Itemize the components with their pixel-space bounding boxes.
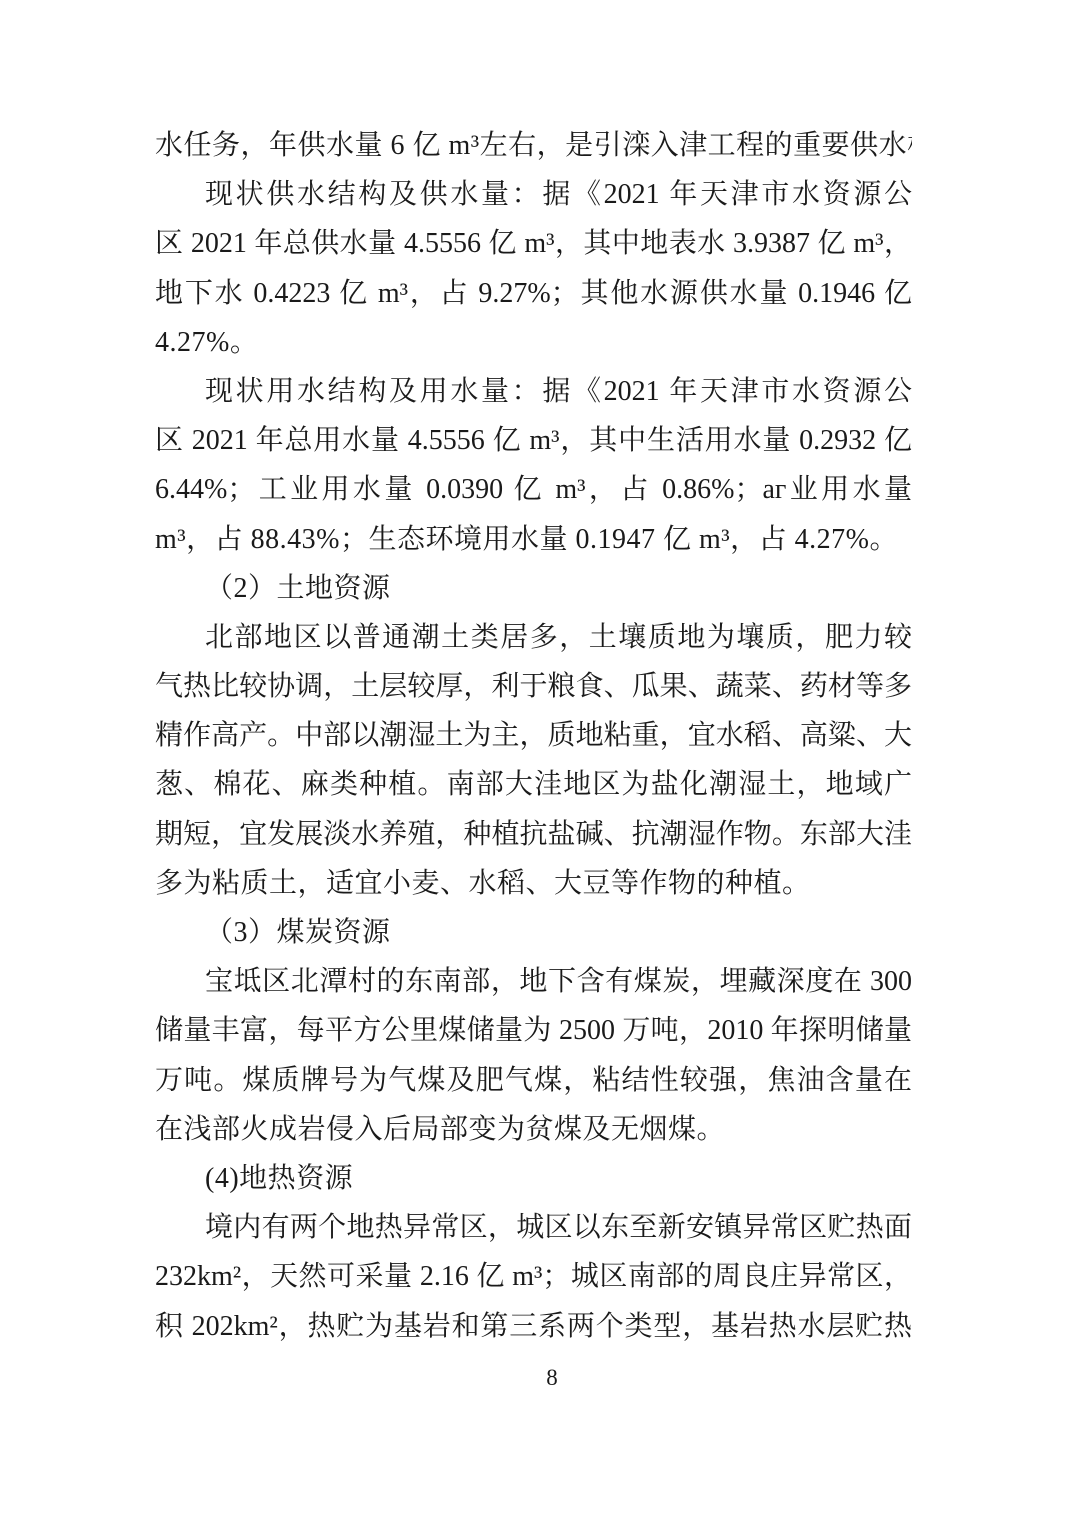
text-line: 多为粘质土，适宜小麦、水稻、大豆等作物的种植。 <box>155 859 912 908</box>
text-line: 区 2021 年总用水量 4.5556 亿 m³，其中生活用水量 0.2932 … <box>155 416 912 465</box>
text-line: 地下水 0.4223 亿 m³，占 9.27%；其他水源供水量 0.1946 亿… <box>155 269 912 318</box>
text-line: 区 2021 年总供水量 4.5556 亿 m³，其中地表水 3.9387 亿 … <box>155 219 912 268</box>
page-footer: 8 <box>0 1363 1074 1393</box>
text-line: 北部地区以普通潮土类居多，土壤质地为壤质，肥力较高，水肥 <box>155 613 912 662</box>
text-line: m³，占 88.43%；生态环境用水量 0.1947 亿 m³，占 4.27%。 <box>155 515 912 564</box>
text-line: 境内有两个地热异常区，城区以东至新安镇异常区贮热面积 <box>155 1203 912 1252</box>
text-line: 万吨。煤质牌号为气煤及肥气煤，粘结性较强，焦油含量在 10%以上， <box>155 1056 912 1105</box>
text-line: 气热比较协调，土层较厚，利于粮食、瓜果、蔬菜、药材等多种作物 <box>155 662 912 711</box>
text-line: 宝坻区北潭村的东南部，地下含有煤炭，埋藏深度在 300～500m， <box>155 957 912 1006</box>
document-page: 水任务，年供水量 6 亿 m³左右，是引滦入津工程的重要供水枢纽。 现状供水结构… <box>0 0 1074 1520</box>
text-line: 4.27%。 <box>155 318 912 367</box>
text-line: 葱、棉花、麻类种植。南部大洼地区为盐化潮湿土，地域广阔，宜耕 <box>155 760 912 809</box>
text-line: 6.44%；工业用水量 0.0390 亿 m³，占 0.86%；аг业用水量 4… <box>155 465 912 514</box>
text-line: 储量丰富，每平方公里煤储量为 2500 万吨，2010 年探明储量为 30606 <box>155 1006 912 1055</box>
text-line: 232km²，天然可采量 2.16 亿 m³；城区南部的周良庄异常区，贮热面 <box>155 1252 912 1301</box>
text-line: 精作高产。中部以潮湿土为主，质地粘重，宜水稻、高粱、大豆、大 <box>155 711 912 760</box>
text-line: 期短，宜发展淡水养殖，种植抗盐碱、抗潮湿作物。东部大洼地区， <box>155 810 912 859</box>
text-line: 水任务，年供水量 6 亿 m³左右，是引滦入津工程的重要供水枢纽。 <box>155 121 912 170</box>
heading-coal-resources: （3）煤炭资源 <box>155 908 912 957</box>
heading-land-resources: （2）土地资源 <box>155 564 912 613</box>
text-line: 现状供水结构及供水量：据《2021 年天津市水资源公报》，宝坻 <box>155 170 912 219</box>
text-line: 积 202km²，热贮为基岩和第三系两个类型，基岩热水层贮热水 18.8 <box>155 1302 912 1351</box>
heading-geothermal-resources: (4)地热资源 <box>155 1154 912 1203</box>
page-number: 8 <box>546 1363 558 1393</box>
text-line: 现状用水结构及用水量：据《2021 年天津市水资源公报》，宝坻 <box>155 367 912 416</box>
text-line: 在浅部火成岩侵入后局部变为贫煤及无烟煤。 <box>155 1105 912 1154</box>
document-body: 水任务，年供水量 6 亿 m³左右，是引滦入津工程的重要供水枢纽。 现状供水结构… <box>155 121 912 1351</box>
